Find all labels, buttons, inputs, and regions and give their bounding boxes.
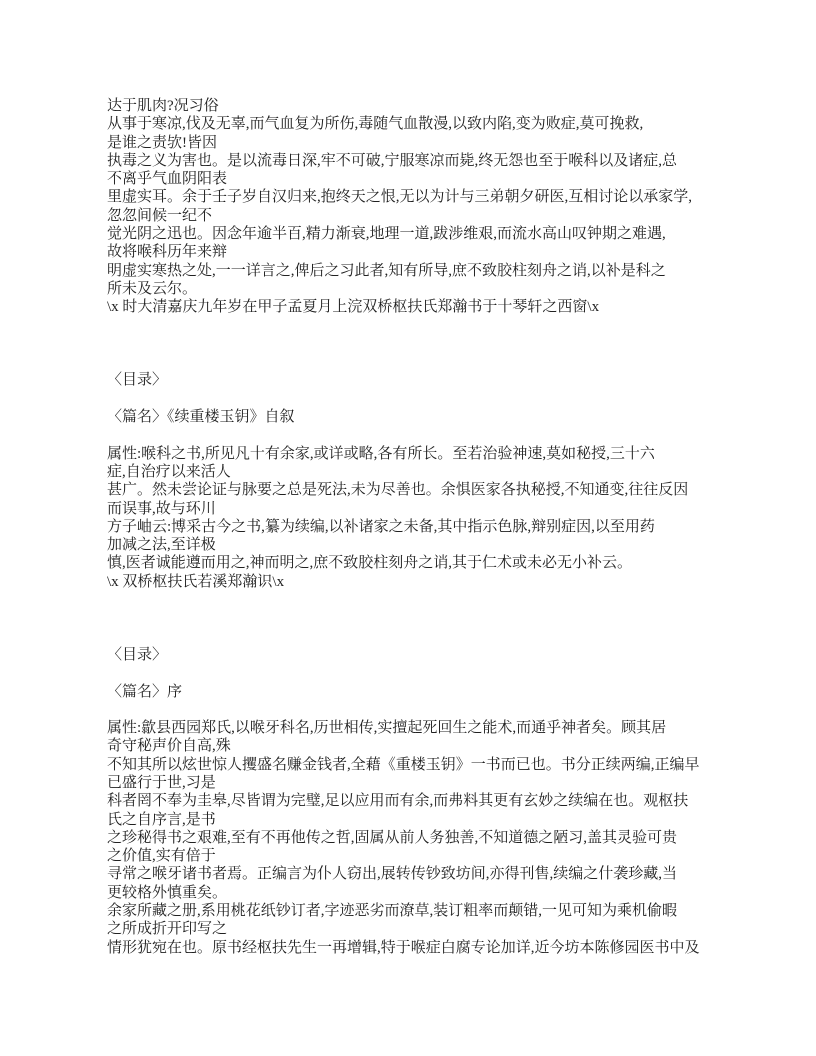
chapter-title-self-preface: 〈篇名〉《续重楼玉钥》自叙 — [107, 408, 752, 426]
text-line: 觉光阴之迅也。因念年逾半百,精力渐衰,地理一道,跋涉维艰,而流水高山叹钟期之难遇… — [107, 225, 752, 243]
text-content: 达于肌肉?况习俗从事于寒凉,伐及无辜,而气血复为所伤,毒随气血散漫,以致内陷,变… — [107, 97, 752, 957]
text-line: 属性:喉科之书,所见凡十有余家,或详或略,各有所长。至若治验神速,莫如秘授,三十… — [107, 445, 752, 463]
preface-paragraph: 达于肌肉?况习俗从事于寒凉,伐及无辜,而气血复为所伤,毒随气血散漫,以致内陷,变… — [107, 97, 752, 317]
text-line: 科者罔不奉为圭皋,尽皆谓为完璧,足以应用而有余,而弗料其更有玄妙之续编在也。观枢… — [107, 792, 752, 810]
text-line: 执毒之义为害也。是以流毒日深,牢不可破,宁服寒凉而毙,终无怨也至于喉科以及诸症,… — [107, 152, 752, 170]
text-line: 故将喉科历年来辩 — [107, 243, 752, 261]
text-line: 余家所藏之册,系用桃花纸钞订者,字迹恶劣而潦草,装订粗率而颠错,一见可知为乘机偷… — [107, 902, 752, 920]
text-line: 不知其所以炫世惊人攫盛名赚金钱者,全藉《重楼玉钥》一书而已也。书分正续两编,正编… — [107, 756, 752, 774]
toc-tag-2: 〈目录〉 — [107, 646, 752, 664]
blank-line — [107, 664, 752, 682]
text-line: 属性:歙县西园郑氏,以喉牙科名,历世相传,实擅起死回生之能术,而通乎神者矣。顾其… — [107, 719, 752, 737]
text-line: 方子岫云:博采古今之书,纂为续编,以补诸家之未备,其中指示色脉,辩别症因,以至用… — [107, 518, 752, 536]
text-line: 而误事,故与环川 — [107, 500, 752, 518]
text-line: 里虚实耳。余于壬子岁自汉归来,抱终天之恨,无以为计与三弟朝夕研医,互相讨论以承家… — [107, 188, 752, 206]
text-line: 氏之自序言,是书 — [107, 811, 752, 829]
text-line: 奇守秘声价自高,殊 — [107, 737, 752, 755]
text-line: 已盛行于世,习是 — [107, 774, 752, 792]
text-line: 加减之法,至详极 — [107, 536, 752, 554]
text-line: 更较格外慎重矣。 — [107, 884, 752, 902]
foreword-paragraph: 属性:歙县西园郑氏,以喉牙科名,历世相传,实擅起死回生之能术,而通乎神者矣。顾其… — [107, 719, 752, 957]
text-line: 寻常之喉牙诸书者焉。正编言为仆人窃出,展转传钞致坊间,亦得刊售,续编之什袭珍藏,… — [107, 865, 752, 883]
text-line: 所未及云尔。 — [107, 280, 752, 298]
blank-line — [107, 426, 752, 444]
text-line: 忽忽间候一纪不 — [107, 207, 752, 225]
section-gap — [107, 591, 752, 646]
text-line: 不离乎气血阴阳表 — [107, 170, 752, 188]
text-line: \x 时大清嘉庆九年岁在甲子孟夏月上浣双桥枢扶氏郑瀚书于十琴轩之西窗\x — [107, 298, 752, 316]
blank-line — [107, 701, 752, 719]
text-line: 甚广。然未尝论证与脉要之总是死法,未为尽善也。余惧医家各执秘授,不知通变,往往反… — [107, 481, 752, 499]
text-line: 情形犹宛在也。原书经枢扶先生一再增辑,特于喉症白腐专论加详,近今坊本陈修园医书中… — [107, 939, 752, 957]
toc-tag-1: 〈目录〉 — [107, 371, 752, 389]
section-gap — [107, 317, 752, 372]
text-line: 之价值,实有倍于 — [107, 847, 752, 865]
self-preface-paragraph: 属性:喉科之书,所见凡十有余家,或详或略,各有所长。至若治验神速,莫如秘授,三十… — [107, 445, 752, 591]
text-line: 达于肌肉?况习俗 — [107, 97, 752, 115]
text-line: 之所成折开印写之 — [107, 920, 752, 938]
text-line: 之珍秘得书之艰难,至有不再他传之哲,固属从前人务独善,不知道德之陋习,盖其灵验可… — [107, 829, 752, 847]
text-line: 是谁之责欤!皆因 — [107, 134, 752, 152]
text-line: 慎,医者诚能遵而用之,神而明之,庶不致胶柱刻舟之诮,其于仁术或未必无小补云。 — [107, 554, 752, 572]
text-line: \x 双桥枢扶氏若溪郑瀚识\x — [107, 573, 752, 591]
text-line: 从事于寒凉,伐及无辜,而气血复为所伤,毒随气血散漫,以致内陷,变为败症,莫可挽救… — [107, 115, 752, 133]
text-line: 症,自治疗以来活人 — [107, 463, 752, 481]
chapter-title-foreword: 〈篇名〉序 — [107, 683, 752, 701]
document-page: 达于肌肉?况习俗从事于寒凉,伐及无辜,而气血复为所伤,毒随气血散漫,以致内陷,变… — [0, 0, 816, 1056]
blank-line — [107, 390, 752, 408]
text-line: 明虚实寒热之处,一一详言之,俾后之习此者,知有所导,庶不致胶柱刻舟之诮,以补是科… — [107, 262, 752, 280]
